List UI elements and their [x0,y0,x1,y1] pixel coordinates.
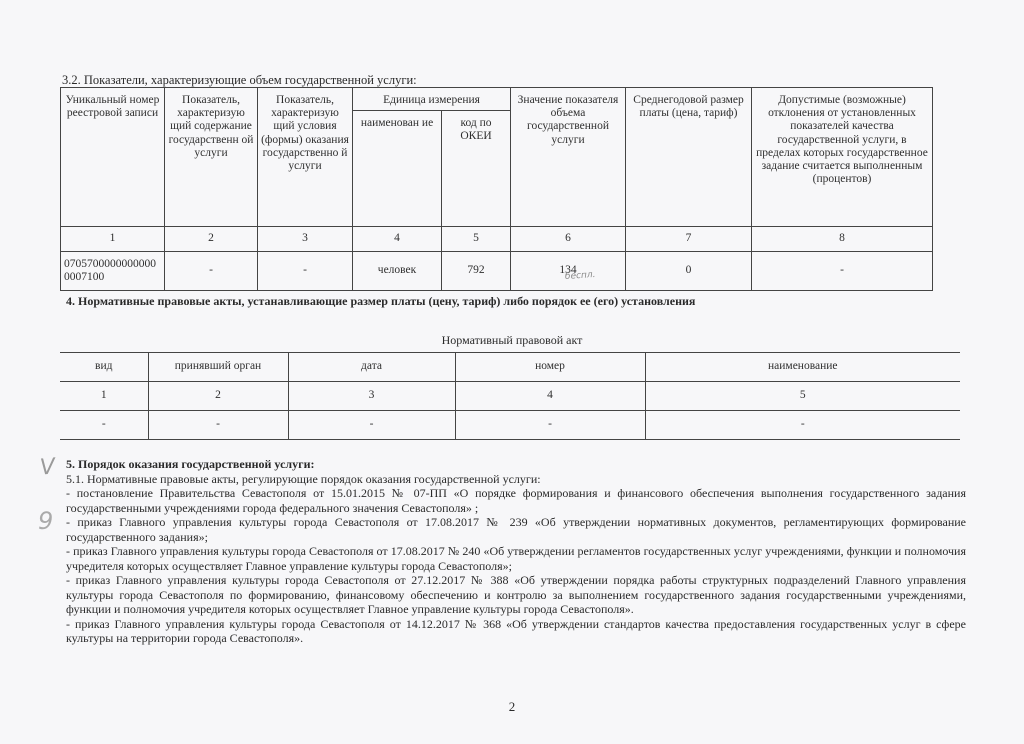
column-number: 2 [165,227,258,252]
list-item: - приказ Главного управления культуры го… [66,544,966,573]
margin-handwritten-mark: 9 [38,507,53,535]
section-5-1-subtitle: 5.1. Нормативные правовые акты, регулиру… [66,472,966,487]
table-row: 07057000000000000007100 - - человек 792 … [61,252,933,291]
header-indicator-conditions: Показатель, характеризую щий условия (фо… [258,88,353,227]
header-date: дата [288,353,455,382]
header-unique-number: Уникальный номер реестровой записи [61,88,165,227]
column-number: 2 [148,382,288,411]
column-number: 3 [288,382,455,411]
column-number: 3 [258,227,353,252]
cell: - [645,411,960,440]
page-number: 2 [0,699,1024,715]
cell: - [148,411,288,440]
volume-indicators-table: Уникальный номер реестровой записи Показ… [60,87,933,291]
cell: - [455,411,645,440]
list-item: - постановление Правительства Севастопол… [66,486,966,515]
header-name: наименование [645,353,960,382]
column-number: 4 [455,382,645,411]
column-number: 6 [511,227,626,252]
header-unit-okei: код по ОКЕИ [442,111,511,227]
header-avg-fee: Среднегодовой размер платы (цена, тариф) [626,88,752,227]
list-item: - приказ Главного управления культуры го… [66,617,966,646]
section-5: 5. Порядок оказания государственной услу… [66,457,966,646]
document-page: 3.2. Показатели, характеризующие объем г… [0,0,1024,744]
header-deviation: Допустимые (возможные) отклонения от уст… [752,88,933,227]
column-number: 1 [61,227,165,252]
cell-unit-name: человек [353,252,442,291]
margin-check-mark: V [39,454,56,480]
section-4-title: 4. Нормативные правовые акты, устанавлив… [66,294,695,309]
cell-unit-okei: 792 [442,252,511,291]
header-unit-name: наименован ие [353,111,442,227]
header-issuing-body: принявший орган [148,353,288,382]
cell-deviation: - [752,252,933,291]
header-indicator-content: Показатель, характеризую щий содержание … [165,88,258,227]
header-row: вид принявший орган дата номер наименова… [60,353,960,382]
handwritten-note: беспл. [565,270,596,282]
table-row: - - - - - [60,411,960,440]
column-number: 5 [442,227,511,252]
section-3-2-title: 3.2. Показатели, характеризующие объем г… [62,73,417,88]
normative-act-caption: Нормативный правовой акт [0,333,1024,348]
column-number: 4 [353,227,442,252]
cell: - [288,411,455,440]
cell-indicator-conditions: - [258,252,353,291]
header-number: номер [455,353,645,382]
column-number: 5 [645,382,960,411]
column-number: 8 [752,227,933,252]
cell-unique-number: 07057000000000000007100 [61,252,165,291]
header-volume-value: Значение показателя объема государственн… [511,88,626,227]
list-item: - приказ Главного управления культуры го… [66,573,966,617]
list-item: - приказ Главного управления культуры го… [66,515,966,544]
column-number-row: 1 2 3 4 5 6 7 8 [61,227,933,252]
cell-indicator-content: - [165,252,258,291]
section-5-title: 5. Порядок оказания государственной услу… [66,457,966,472]
cell: - [60,411,148,440]
cell-avg-fee: 0 [626,252,752,291]
column-number: 7 [626,227,752,252]
column-number: 1 [60,382,148,411]
column-number-row: 1 2 3 4 5 [60,382,960,411]
header-type: вид [60,353,148,382]
header-unit-group: Единица измерения [353,88,511,111]
normative-acts-table: вид принявший орган дата номер наименова… [60,352,960,440]
